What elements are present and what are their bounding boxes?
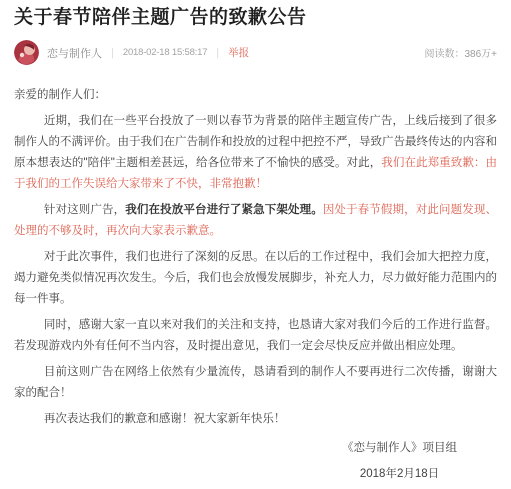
signature-name: 《恋与制作人》项目组	[342, 438, 457, 459]
report-link[interactable]: 举报	[228, 45, 249, 60]
paragraph-reflection: 对于此次事件，我们也进行了深刻的反思。在以后的工作过程中，我们会加大把控力度，竭…	[14, 247, 497, 310]
signature-block: 《恋与制作人》项目组 2018年2月18日	[342, 438, 457, 485]
meta-separator: |	[111, 47, 114, 59]
signature-date: 2018年2月18日	[342, 464, 457, 485]
meta-bar: 恋与制作人 | 2018-02-18 15:58:17 | 举报 阅读数：386…	[14, 40, 497, 65]
page-title: 关于春节陪伴主题广告的致歉公告	[14, 5, 497, 31]
greeting-line: 亲爱的制作人们：	[14, 85, 497, 106]
takedown-bold-text: 我们在投放平台进行了紧急下架处理。	[125, 204, 323, 216]
publish-timestamp: 2018-02-18 15:58:17	[123, 47, 207, 58]
read-count: 阅读数：386万+	[424, 45, 497, 60]
paragraph-request: 目前这则广告在网络上依然有少量流传，恳请看到的制作人不要再进行二次传播，谢谢大家…	[14, 362, 497, 404]
announcement-page: 关于春节陪伴主题广告的致歉公告 恋与制作人 | 2018-02-18 15:58…	[0, 0, 511, 489]
article-body: 亲爱的制作人们： 近期，我们在一些平台投放了一则以春节为背景的陪伴主题宣传广告，…	[14, 85, 497, 485]
author-avatar-icon[interactable]	[14, 40, 39, 65]
paragraph-takedown-lead: 针对这则广告，	[44, 204, 125, 216]
author-name[interactable]: 恋与制作人	[47, 45, 102, 61]
paragraph-thanks: 同时，感谢大家一直以来对我们的关注和支持，也恳请大家对我们今后的工作进行监督。若…	[14, 315, 497, 357]
meta-separator: |	[216, 47, 219, 59]
paragraph-takedown: 针对这则广告，我们在投放平台进行了紧急下架处理。因处于春节假期，对此问题发现、处…	[14, 200, 497, 242]
paragraph-closing: 再次表达我们的歉意和感谢！祝大家新年快乐！	[14, 409, 497, 430]
paragraph-apology: 近期，我们在一些平台投放了一则以春节为背景的陪伴主题宣传广告，上线后接到了很多制…	[14, 111, 497, 195]
